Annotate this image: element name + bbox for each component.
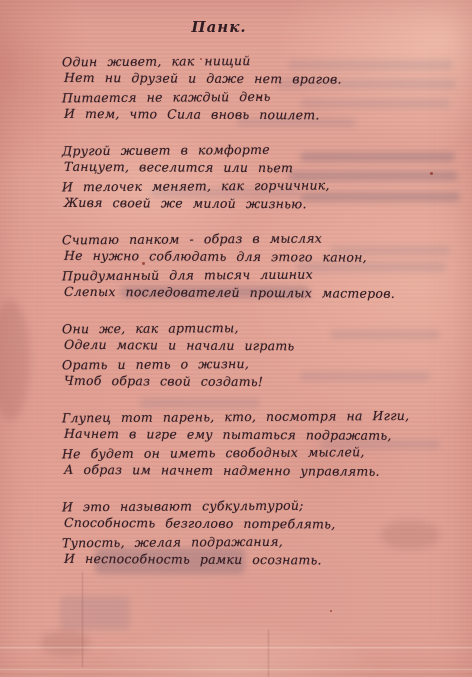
fold-crease xyxy=(82,572,83,667)
fold-crease xyxy=(268,630,269,677)
poem-line: Слепых последователей прошлых мастеров. xyxy=(64,283,446,303)
poem-stanza: Один живет, как нищий Нет ни друзей и да… xyxy=(62,52,444,124)
poem-line: И неспособность рамки осознать. xyxy=(64,550,446,570)
poem-line: Чтоб образ свой создать! xyxy=(64,372,446,392)
manuscript-page: Панк. Один живет, как нищий Нет ни друзе… xyxy=(0,0,472,677)
poem-stanza: Другой живет в комфорте Танцует, веселит… xyxy=(62,141,444,213)
poem-text-block: Панк. Один живет, как нищий Нет ни друзе… xyxy=(0,0,472,586)
poem-stanza: Считаю панком - образ в мыслях Не нужно … xyxy=(62,230,444,302)
fold-crease xyxy=(0,668,472,671)
poem-line: И тем, что Сила вновь пошлет. xyxy=(64,105,446,125)
stain xyxy=(40,630,90,656)
ink-speck xyxy=(330,610,332,612)
fold-crease xyxy=(0,646,472,649)
poem-stanza: Они же, как артисты, Одели маски и начал… xyxy=(62,319,444,391)
poem-line: А образ им начнет надменно управлять. xyxy=(64,461,446,481)
bleed-through-smudge xyxy=(60,596,130,630)
poem-title: Панк. xyxy=(28,18,410,36)
poem-line: Живя своей же милой жизнью. xyxy=(64,194,446,214)
poem-stanza: Глупец тот парень, кто, посмотря на Игги… xyxy=(62,408,444,480)
poem-stanza: И это называют субкультурой; Способность… xyxy=(62,497,444,569)
